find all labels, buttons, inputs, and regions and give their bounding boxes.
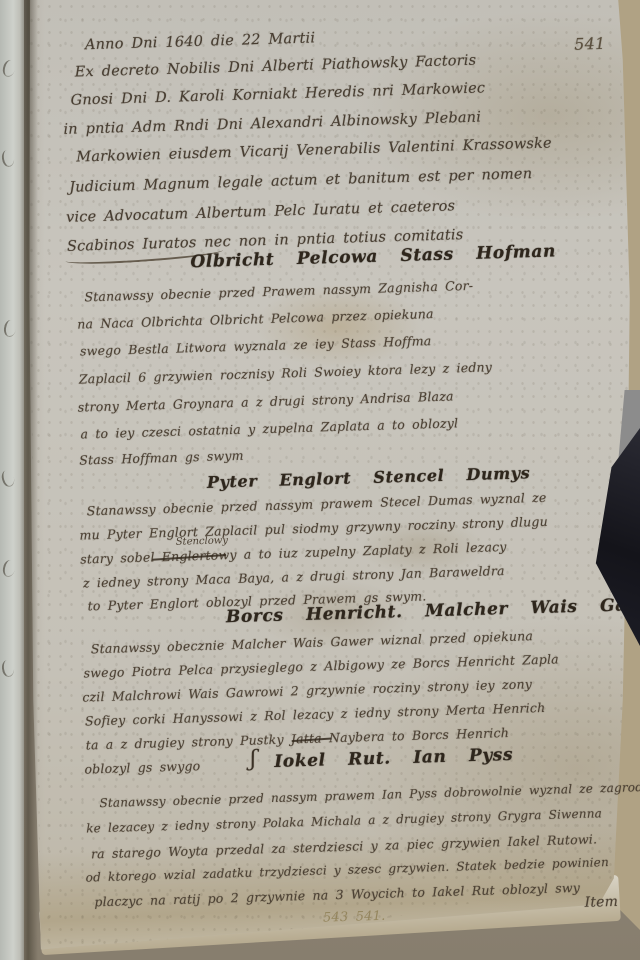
inserted-correction: Stenclowy — [176, 535, 229, 548]
manuscript-line: Stanawssy obecnie przed Prawem nassym Za… — [84, 278, 473, 305]
manuscript-photo: 541 Anno Dni 1640 die 22 Martii Ex decre… — [0, 0, 640, 960]
manuscript-line: Stanawssy obecznie Malcher Wais Gawer wi… — [91, 628, 534, 656]
manuscript-line: a to iey czesci ostatnia y zupelna Zapla… — [80, 415, 458, 441]
manuscript-line: swego Bestla Litwora wyznala ze iey Stas… — [80, 333, 432, 358]
manuscript-line: z iedney strony Maca Baya, a z drugi str… — [83, 563, 505, 591]
manuscript-line: Stass Hoffman gs swym — [79, 448, 244, 468]
manuscript-line: Stanawssy obecnie przed nassym prawem Ia… — [99, 780, 640, 810]
manuscript-line: na Naca Olbrichta Olbricht Pelcowa przez… — [77, 306, 434, 332]
pencil-foliation-note: 543 541. — [323, 909, 386, 926]
manuscript-line: ke lezacey z iedny strony Polaka Michala… — [86, 806, 602, 835]
header-line: in pntia Adm Rndi Dni Alexandri Albinows… — [63, 110, 481, 138]
manuscript-line: mu Pyter Englort Zaplacil pul siodmy grz… — [79, 514, 548, 543]
manuscript-line: od ktorego wzial zadatku trzydziesci y s… — [85, 855, 609, 885]
header-line: vice Advocatum Albertum Pelc Iuratu et c… — [66, 198, 456, 226]
entry-heading: Pyter Englort Stencel Dumys — [207, 463, 531, 492]
header-line: Anno Dni 1640 die 22 Martii — [85, 30, 316, 53]
entry-heading: Iokel Rut. Ian Pyss — [274, 745, 513, 772]
item-note: Item — [584, 894, 618, 911]
manuscript-line: stary sobel Englertowy a to iuz zupelny … — [80, 539, 507, 567]
manuscript-line: strony Merta Groynara a z drugi strony A… — [77, 388, 453, 414]
manuscript-line: Zaplacil 6 grzywien rocznisy Roli Swoiey… — [79, 359, 493, 386]
page-number: 541 — [574, 34, 606, 54]
manuscript-line: Stanawssy obecnie przed nassym prawem St… — [87, 490, 547, 519]
manuscript-line: oblozyl gs swygo — [84, 758, 200, 776]
manuscript-line: czil Malchrowi Wais Gawrowi 2 grzywnie r… — [82, 676, 532, 704]
manuscript-line: Sofiey corki Hanyssowi z Rol lezacy z ie… — [85, 700, 546, 729]
handwriting-layer: 541 Anno Dni 1640 die 22 Martii Ex decre… — [0, 0, 640, 960]
header-line: Judicium Magnum legale actum et banitum … — [69, 166, 533, 196]
flourish-mark: ʃ — [250, 746, 257, 771]
bleedthrough-mark — [1, 659, 15, 678]
header-line: Gnosi Dni D. Karoli Korniakt Heredis nri… — [70, 80, 485, 108]
manuscript-line: placzyc na ratij po 2 grzywnie na 3 Woyc… — [94, 880, 580, 909]
manuscript-line: swego Piotra Pelca przysieglego z Albigo… — [83, 651, 559, 680]
header-line: Markowien eiusdem Vicarij Venerabilis Va… — [76, 135, 552, 165]
header-line: Ex decreto Nobilis Dni Alberti Piathowsk… — [75, 53, 477, 81]
